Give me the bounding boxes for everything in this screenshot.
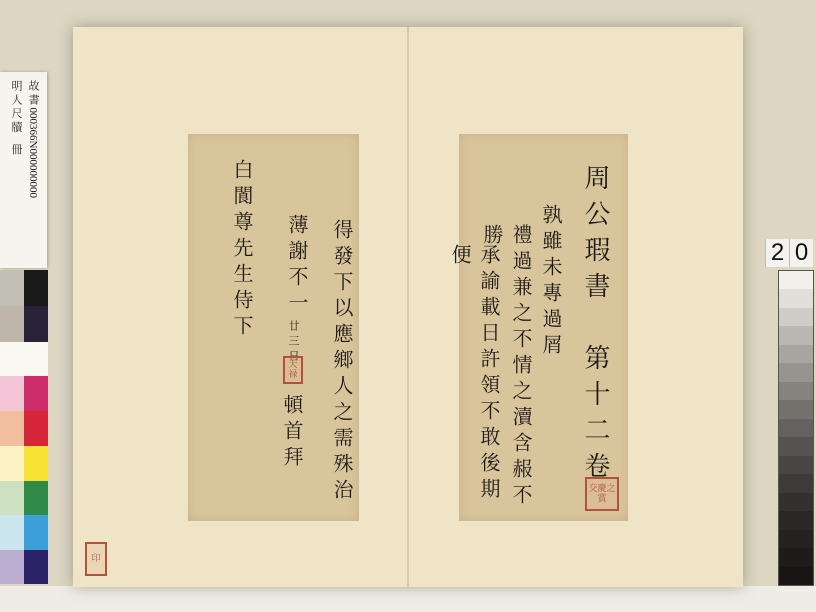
text-column: 得發下以應鄉人之需殊治	[328, 219, 357, 505]
collector-seal: 交慶之賞	[585, 477, 619, 511]
counter-digit: 0	[789, 239, 813, 267]
left-letter-leaf: 得發下以應鄉人之需殊治 薄謝不一 白閬尊先生侍下 廿三日 天禄 頓首拜	[188, 134, 359, 521]
leaf-title: 周公瑕書 第十二卷	[577, 164, 614, 488]
corner-seal: 印	[85, 542, 107, 576]
text-column: 孰雖未專過屑	[537, 204, 566, 360]
center-fold	[407, 27, 409, 587]
page-counter: 2 0	[765, 239, 813, 267]
small-seal: 天禄	[283, 356, 303, 384]
text-column: 承諭載日許領不敢後期便	[446, 244, 504, 521]
table-surface	[0, 586, 816, 612]
signature: 頓首拜	[278, 394, 307, 472]
text-column: 白閬尊先生侍下	[228, 159, 257, 341]
album-spread: 周公瑕書 第十二卷 孰雖未專過屑 禮過兼之不情之瀆含赧不勝 承諭載日許領不敢後期…	[73, 27, 743, 587]
catalog-number: 故 書 000366N000000000	[25, 80, 41, 198]
album-title: 明 人 尺 牘 冊	[8, 80, 24, 154]
counter-digit: 2	[765, 239, 789, 267]
right-letter-leaf: 周公瑕書 第十二卷 孰雖未專過屑 禮過兼之不情之瀆含赧不勝 承諭載日許領不敢後期…	[459, 134, 628, 521]
gray-scale-chart	[778, 270, 814, 586]
text-column: 薄謝不一	[283, 214, 312, 318]
catalog-label: 故 書 000366N000000000 明 人 尺 牘 冊	[0, 72, 47, 268]
